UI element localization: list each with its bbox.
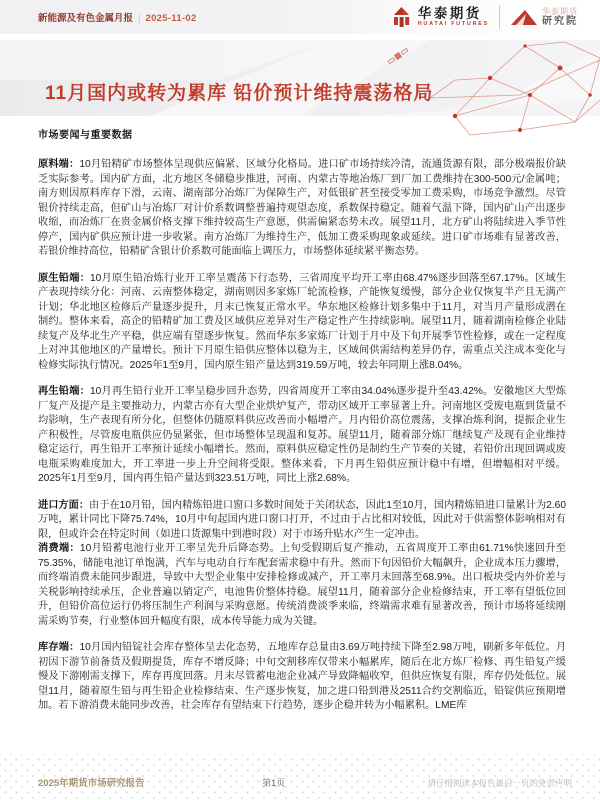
paragraph-label: 再生铅端： [38, 386, 90, 397]
logo-divider [499, 5, 500, 29]
paragraph-label: 原生铅端： [38, 273, 90, 284]
title-banner: 11月国内或转为累库 铅价预计维持震荡格局 [0, 40, 600, 116]
paragraph-text: 10月铅精矿市场整体呈现供应偏紧、区域分化格局。进口矿市场持续冷清，流通货源有限… [38, 159, 566, 257]
paragraph-imports: 进口方面：由于在10月铅，国内精炼铅进口窗口多数时间处于关闭状态，因此1至10月… [38, 499, 566, 543]
paragraph-secondary-lead: 再生铅端：10月再生铅行业开工率呈稳步回升态势，四省周度开工率由34.04%逐步… [38, 385, 566, 487]
report-date: 2025-11-02 [145, 13, 196, 24]
huatai-logo-icon [390, 6, 413, 29]
paragraph-raw-material: 原料端：10月铅精矿市场整体呈现供应偏紧、区域分化格局。进口矿市场持续冷清，流通… [38, 158, 566, 260]
section-title: 市场要闻与重要数据 [38, 126, 566, 141]
footer-page-number: 第1页 [195, 776, 352, 789]
paragraph-text: 10月原生铅冶炼行业开工率呈震荡下行态势，三省周度平均开工率由68.47%逐步回… [38, 273, 566, 371]
paragraph-text: 10月铅蓄电池行业开工率呈先升后降态势。上旬受假期后复产推动，五省周度开工率由6… [38, 543, 566, 627]
logo-company-name-en: HUATAI FUTURES [418, 22, 489, 28]
page-footer: 2025年期货市场研究报告 第1页 请仔细阅读本报告最后一页的免责声明 [0, 754, 600, 800]
research-institute-logo: 华泰期货 研究院 [510, 6, 578, 28]
top-bar: 新能源及有色金属月报 | 2025-11-02 华泰期货 HUATAI FUTU… [0, 0, 600, 34]
logo-company-name: 华泰期货 [418, 7, 489, 21]
page-title: 11月国内或转为累库 铅价预计维持震荡格局 [45, 78, 433, 105]
paragraph-inventory: 库存端：10月国内铅锭社会库存整体呈去化态势，五地库存总量由3.69万吨持续下降… [38, 641, 566, 714]
paragraph-text: 10月国内铅锭社会库存整体呈去化态势，五地库存总量由3.69万吨持续下降至2.9… [38, 642, 566, 711]
report-series-title: 新能源及有色金属月报 [38, 10, 133, 24]
paragraph-primary-lead: 原生铅端：10月原生铅冶炼行业开工率呈震荡下行态势，三省周度平均开工率由68.4… [38, 272, 566, 374]
footer-disclaimer: 请仔细阅读本报告最后一页的免责声明 [352, 777, 572, 789]
report-body: 市场要闻与重要数据 原料端：10月铅精矿市场整体呈现供应偏紧、区域分化格局。进口… [38, 126, 566, 726]
paragraph-label: 原料端： [38, 159, 79, 170]
institute-name-top: 华泰期货 [542, 7, 578, 16]
paragraph-label: 进口方面： [38, 500, 89, 511]
huatai-futures-logo: 华泰期货 HUATAI FUTURES [390, 6, 489, 29]
report-meta: 新能源及有色金属月报 | 2025-11-02 [38, 10, 197, 24]
institute-name-bottom: 研究院 [542, 16, 578, 28]
meta-separator: | [138, 13, 140, 24]
footer-report-name: 2025年期货市场研究报告 [38, 775, 195, 789]
paragraph-label: 库存端： [38, 642, 79, 653]
institute-logo-icon [510, 6, 538, 28]
paragraph-consumption: 消费端：10月铅蓄电池行业开工率呈先升后降态势。上旬受假期后复产推动，五省周度开… [38, 542, 566, 629]
paragraph-text: 由于在10月铅，国内精炼铅进口窗口多数时间处于关闭状态，因此1至10月，国内精炼… [38, 500, 566, 540]
paragraph-label: 消费端： [38, 543, 80, 554]
paragraph-text: 10月再生铅行业开工率呈稳步回升态势，四省周度开工率由34.04%逐步提升至43… [38, 386, 566, 484]
logo-group: 华泰期货 HUATAI FUTURES 华泰期货 研究院 [390, 5, 578, 29]
